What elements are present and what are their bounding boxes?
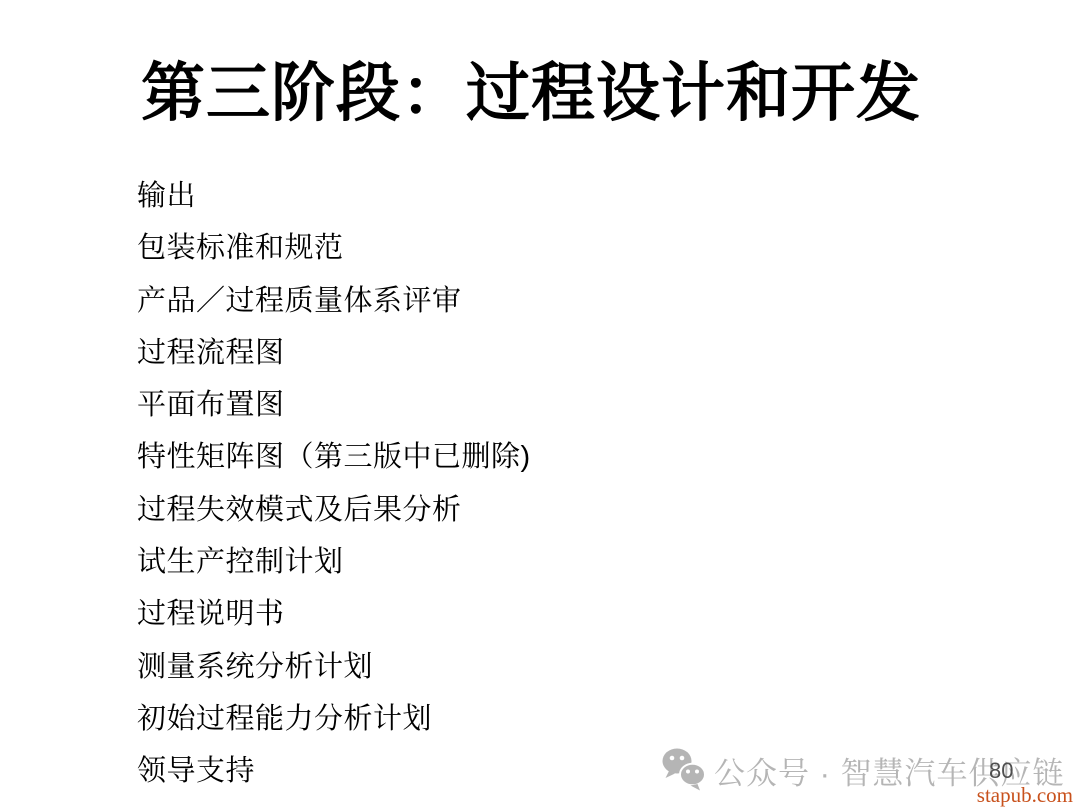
site-watermark: stapub.com [977, 783, 1073, 808]
slide-title: 第三阶段：过程设计和开发 [141, 52, 921, 135]
list-item: 平面布置图 [137, 379, 937, 431]
list-item: 产品／过程质量体系评审 [137, 275, 937, 327]
list-item: 特性矩阵图（第三版中已删除) [137, 431, 937, 483]
wechat-icon [660, 746, 708, 794]
list-item: 包装标准和规范 [137, 222, 937, 274]
output-list: 输出 包装标准和规范 产品／过程质量体系评审 过程流程图 平面布置图 特性矩阵图… [137, 170, 937, 798]
list-item: 输出 [137, 170, 937, 222]
list-item: 过程失效模式及后果分析 [137, 484, 937, 536]
list-item: 测量系统分析计划 [137, 641, 937, 693]
list-item: 初始过程能力分析计划 [137, 693, 937, 745]
list-item: 过程流程图 [137, 327, 937, 379]
page-number: 80 [989, 758, 1013, 784]
list-item: 过程说明书 [137, 588, 937, 640]
slide: 第三阶段：过程设计和开发 输出 包装标准和规范 产品／过程质量体系评审 过程流程… [0, 0, 1080, 810]
list-item: 试生产控制计划 [137, 536, 937, 588]
